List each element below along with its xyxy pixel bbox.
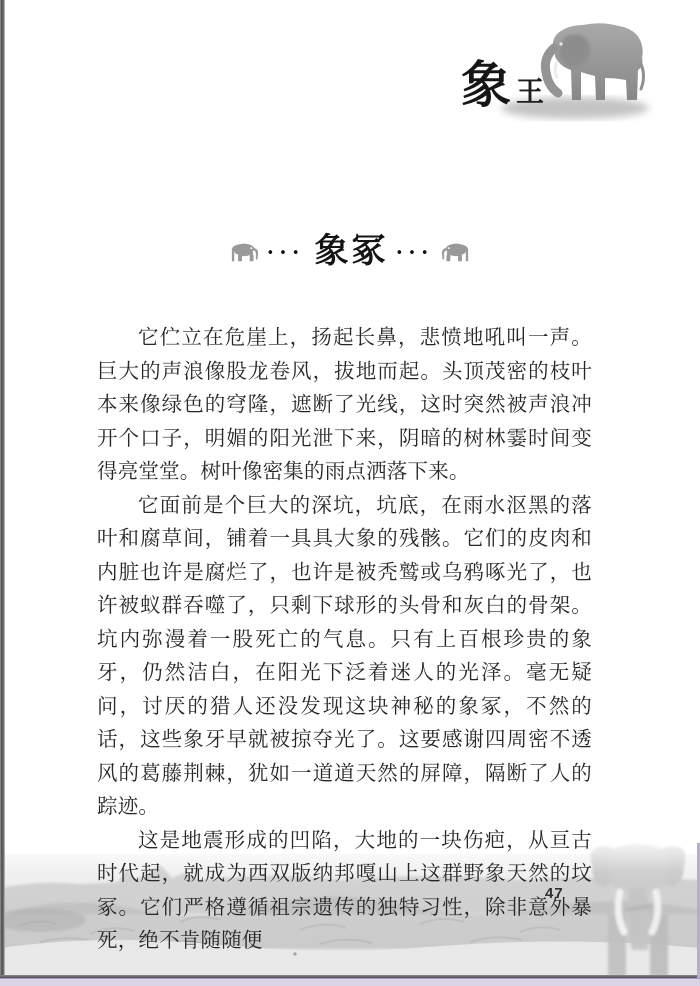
- scanner-bed-strip: [0, 978, 700, 986]
- series-title: 象 王: [461, 60, 544, 110]
- scan-left-edge: [0, 0, 5, 977]
- title-dots-left: •••: [266, 247, 304, 260]
- series-title-sub: 王: [516, 79, 544, 107]
- chapter-heading: ••• 象冢 •••: [0, 229, 700, 275]
- paragraph-3: 这是地震形成的凹陷，大地的一块伤疤，从亘古时代起，就成为西双版纳邦嘎山上这群野象…: [97, 825, 592, 959]
- page-number: 47: [545, 885, 564, 902]
- paragraph-1: 它伫立在危崖上，扬起长鼻，悲愤地吼叫一声。巨大的声浪像股龙卷风，拔地而起。头顶茂…: [97, 322, 592, 490]
- title-dots-right: •••: [396, 247, 434, 260]
- book-page: 象 王 ••• 象冢 •••: [0, 0, 700, 986]
- chapter-title: 象冢: [312, 235, 389, 269]
- paragraph-2: 它面前是个巨大的深坑，坑底，在雨水沤黑的落叶和腐草间，铺着一具具大象的残骸。它们…: [97, 490, 592, 825]
- series-title-main: 象: [461, 60, 511, 110]
- elephant-silhouette-icon-right: [441, 241, 472, 263]
- body-text: 它伫立在危崖上，扬起长鼻，悲愤地吼叫一声。巨大的声浪像股龙卷风，拔地而起。头顶茂…: [97, 322, 592, 959]
- elephant-silhouette-icon-left: [228, 241, 259, 263]
